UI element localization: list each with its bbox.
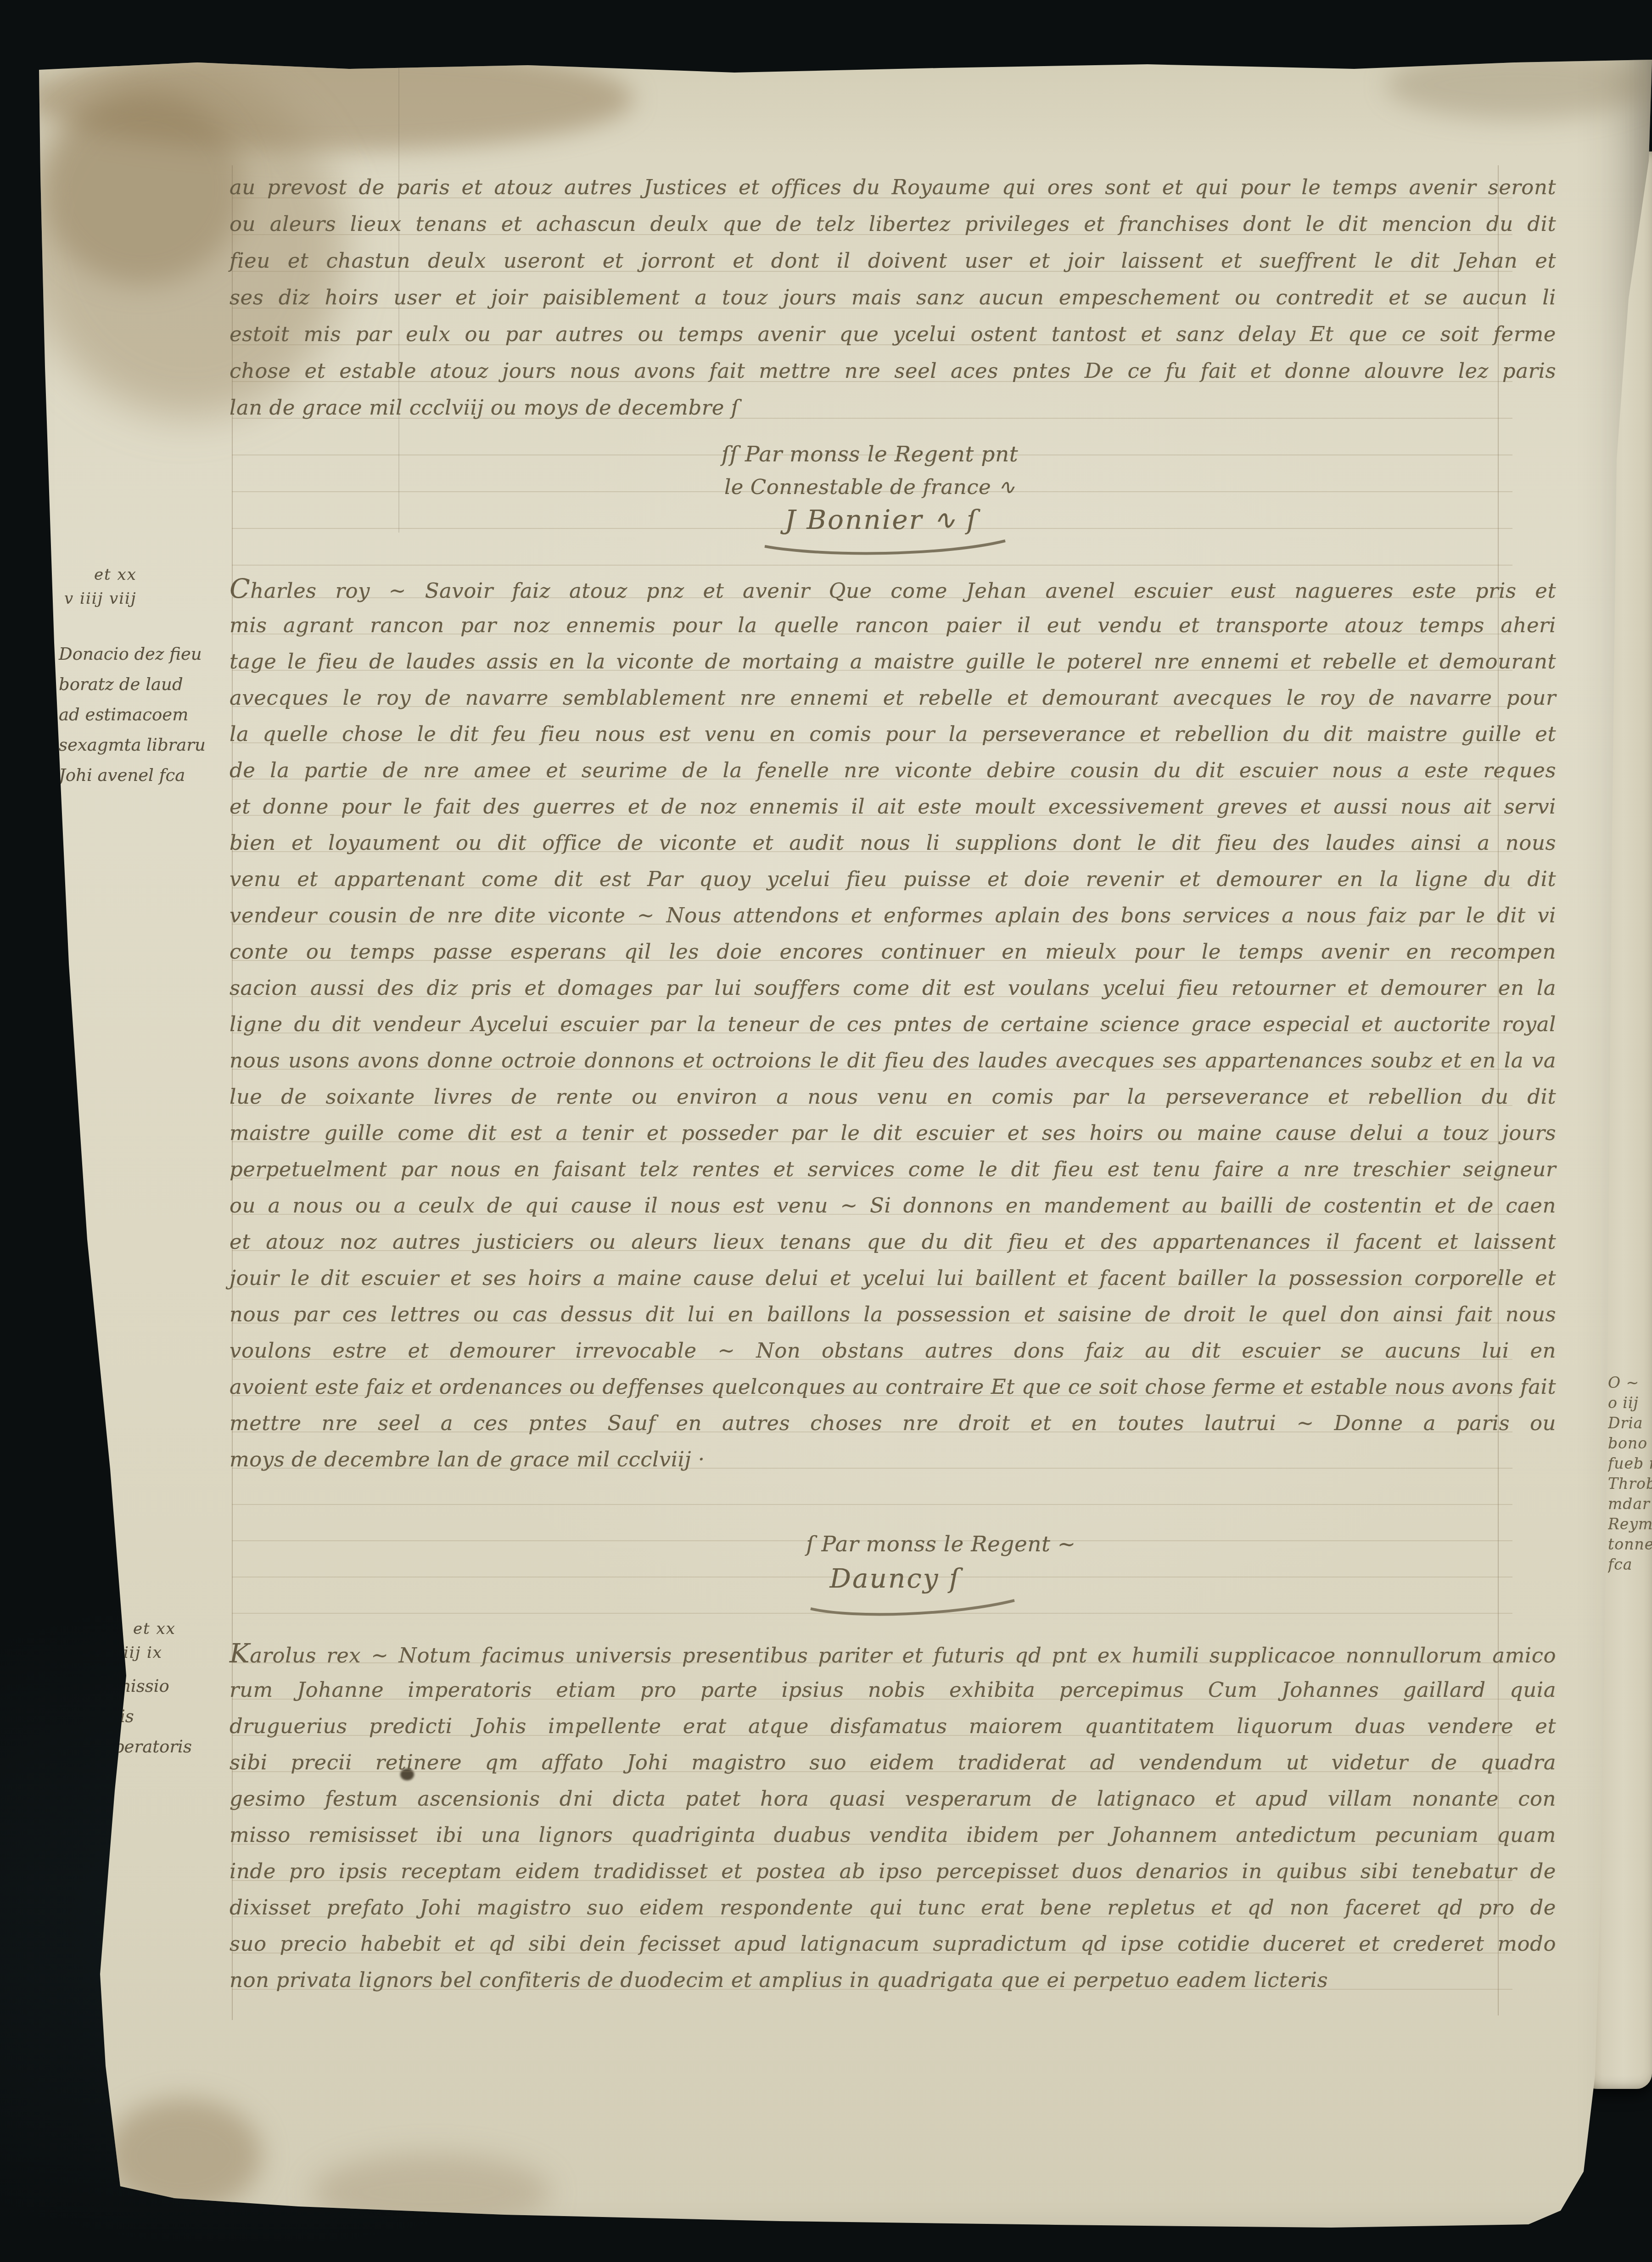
text-line: misso remisisset ibi una lignors quadrig… [230,1817,1556,1853]
text-line: ses diz hoirs user et joir paisiblement … [230,279,1556,316]
stain-top-edge [28,46,633,152]
marginalia-fragment: bono d [1608,1433,1652,1454]
entry3-marginal-note: RemissioJohisimperatoris [92,1671,192,1762]
marginal-note-line: Remissio [92,1671,192,1701]
entry2-text-block: Charles roy ~ Savoir faiz atouz pnz et a… [230,571,1556,1441]
text-line: non privata lignors bel confiteris de du… [230,1962,1556,1998]
text-line: la quelle chose le dit feu fieu nous est… [230,716,1556,752]
marginal-note-line: Johi avenel fca [59,760,206,791]
stain-bottom-mid [312,2153,551,2231]
entry2-marginal-note: Donacio dez fieuboratz de laudad estimac… [59,639,206,791]
text-line: Karolus rex ~ Notum facimus universis pr… [230,1635,1556,1672]
text-line: et donne pour le fait des guerres et de … [230,788,1556,825]
marginal-note-line: imperatoris [92,1732,192,1762]
marginal-note-line: Johis [92,1701,192,1732]
text-line: vendeur cousin de nre dite viconte ~ Nou… [230,897,1556,933]
text-line: voulons estre et demourer irrevocable ~ … [230,1332,1556,1369]
text-line: au prevost de paris et atouz autres Just… [230,169,1556,206]
text-line: lue de soixante livres de rente ou envir… [230,1078,1556,1115]
text-line: perpetuelment par nous en faisant telz r… [230,1151,1556,1187]
text-line: moys de decembre lan de grace mil ccclvi… [230,1441,1556,1477]
entry2-last-line: moys de decembre lan de grace mil ccclvi… [230,1441,1556,1477]
entry1-text-block: au prevost de paris et atouz autres Just… [230,169,1556,389]
text-line: avecques le roy de navarre semblablement… [230,679,1556,716]
next-folio-marginalia: O ~o iijDriabono dfueb mThrobmdarReymton… [1608,1373,1652,1575]
foliation-mark: v iiij viij [64,589,137,608]
foliation-mark: v iiij ix [102,1644,162,1662]
text-line: fieu et chastun deulx useront et jorront… [230,242,1556,279]
text-line: lan de grace mil ccclviij ou moys de dec… [230,389,1556,426]
text-line: avoient este faiz et ordenances ou deffe… [230,1369,1556,1405]
text-line: venu et appartenant come dit est Par quo… [230,861,1556,897]
marginalia-fragment: Dria [1608,1413,1652,1433]
marginalia-fragment: tonne [1608,1534,1652,1555]
marginalia-fragment: O ~ [1608,1373,1652,1393]
text-line: ou aleurs lieux tenans et achascun deulx… [230,206,1556,242]
foliation-mark: et xx [133,1620,176,1638]
text-line: gesimo festum ascensionis dni dicta pate… [230,1780,1556,1817]
entry1-last-line: lan de grace mil ccclviij ou moys de dec… [230,389,1556,426]
text-line: maistre guille come dit est a tenir et p… [230,1115,1556,1151]
stain-top-left-core [41,92,243,285]
marginalia-fragment: mdar [1608,1494,1652,1514]
text-line: de la partie de nre amee et seurime de l… [230,752,1556,788]
text-line: dixisset prefato Johi magistro suo eidem… [230,1889,1556,1925]
marginal-note-line: ad estimacoem [59,700,206,730]
text-line: chose et estable atouz jours nous avons … [230,353,1556,389]
text-line: suo precio habebit et qd sibi dein fecis… [230,1925,1556,1962]
text-line: nous par ces lettres ou cas dessus dit l… [230,1296,1556,1332]
text-line: sibi precii retinere qm affato Johi magi… [230,1744,1556,1780]
entry3-last-line: non privata lignors bel confiteris de du… [230,1962,1556,1998]
entry1-signature: J Bonnier ∿ ſ [617,504,1145,535]
marginalia-fragment: Reym [1608,1514,1652,1534]
marginal-note-line: Donacio dez fieu [59,639,206,669]
text-line: ou a nous ou a ceulx de qui cause il nou… [230,1187,1556,1224]
entry2-subscription-line1: ſ Par monss le Regent ~ [643,1532,1239,1557]
stain-bottom-left [106,2098,262,2213]
marginal-note-line: sexagmta libraru [59,730,206,760]
foliation-mark: et xx [94,566,137,584]
text-line: jouir le dit escuier et ses hoirs a main… [230,1260,1556,1296]
text-line: tage le fieu de laudes assis en la vicon… [230,643,1556,679]
text-line: ligne du dit vendeur Aycelui escuier par… [230,1006,1556,1042]
marginal-note-line: boratz de laud [59,669,206,700]
marginalia-fragment: Throb [1608,1474,1652,1494]
entry2-signature: Dauncy ſ [631,1563,1159,1594]
text-line: bien et loyaument ou dit office de vicon… [230,825,1556,861]
text-line: et atouz noz autres justiciers ou aleurs… [230,1224,1556,1260]
parchment-page: au prevost de paris et atouz autres Just… [0,0,1652,2262]
text-line: mettre nre seel a ces pntes Sauf en autr… [230,1405,1556,1441]
entry3-text-block: Karolus rex ~ Notum facimus universis pr… [230,1635,1556,1962]
marginalia-fragment: fca [1608,1555,1652,1575]
text-line: inde pro ipsis receptam eidem tradidisse… [230,1853,1556,1889]
entry1-subscription-line2: le Connestable de france ∿ [571,475,1168,499]
signature-flourish [762,536,1010,556]
manuscript-photo: O ~o iijDriabono dfueb mThrobmdarReymton… [0,0,1652,2262]
text-line: estoit mis par eulx ou par autres ou tem… [230,316,1556,353]
stain-top-right [1386,51,1652,119]
text-line: rum Johanne imperatoris etiam pro parte … [230,1672,1556,1708]
marginalia-fragment: fueb m [1608,1454,1652,1474]
text-line: mis agrant rancon par noz ennemis pour l… [230,607,1556,643]
text-line: druguerius predicti Johis impellente era… [230,1708,1556,1744]
text-line: Charles roy ~ Savoir faiz atouz pnz et a… [230,571,1556,607]
text-line: nous usons avons donne octroie donnons e… [230,1042,1556,1078]
marginalia-fragment: o iij [1608,1393,1652,1413]
entry1-subscription-line1: ſſ Par monss le Regent pnt [571,442,1168,467]
signature-flourish [808,1597,1019,1618]
text-line: sacion aussi des diz pris et domages par… [230,970,1556,1006]
text-line: conte ou temps passe esperans qil les do… [230,933,1556,970]
